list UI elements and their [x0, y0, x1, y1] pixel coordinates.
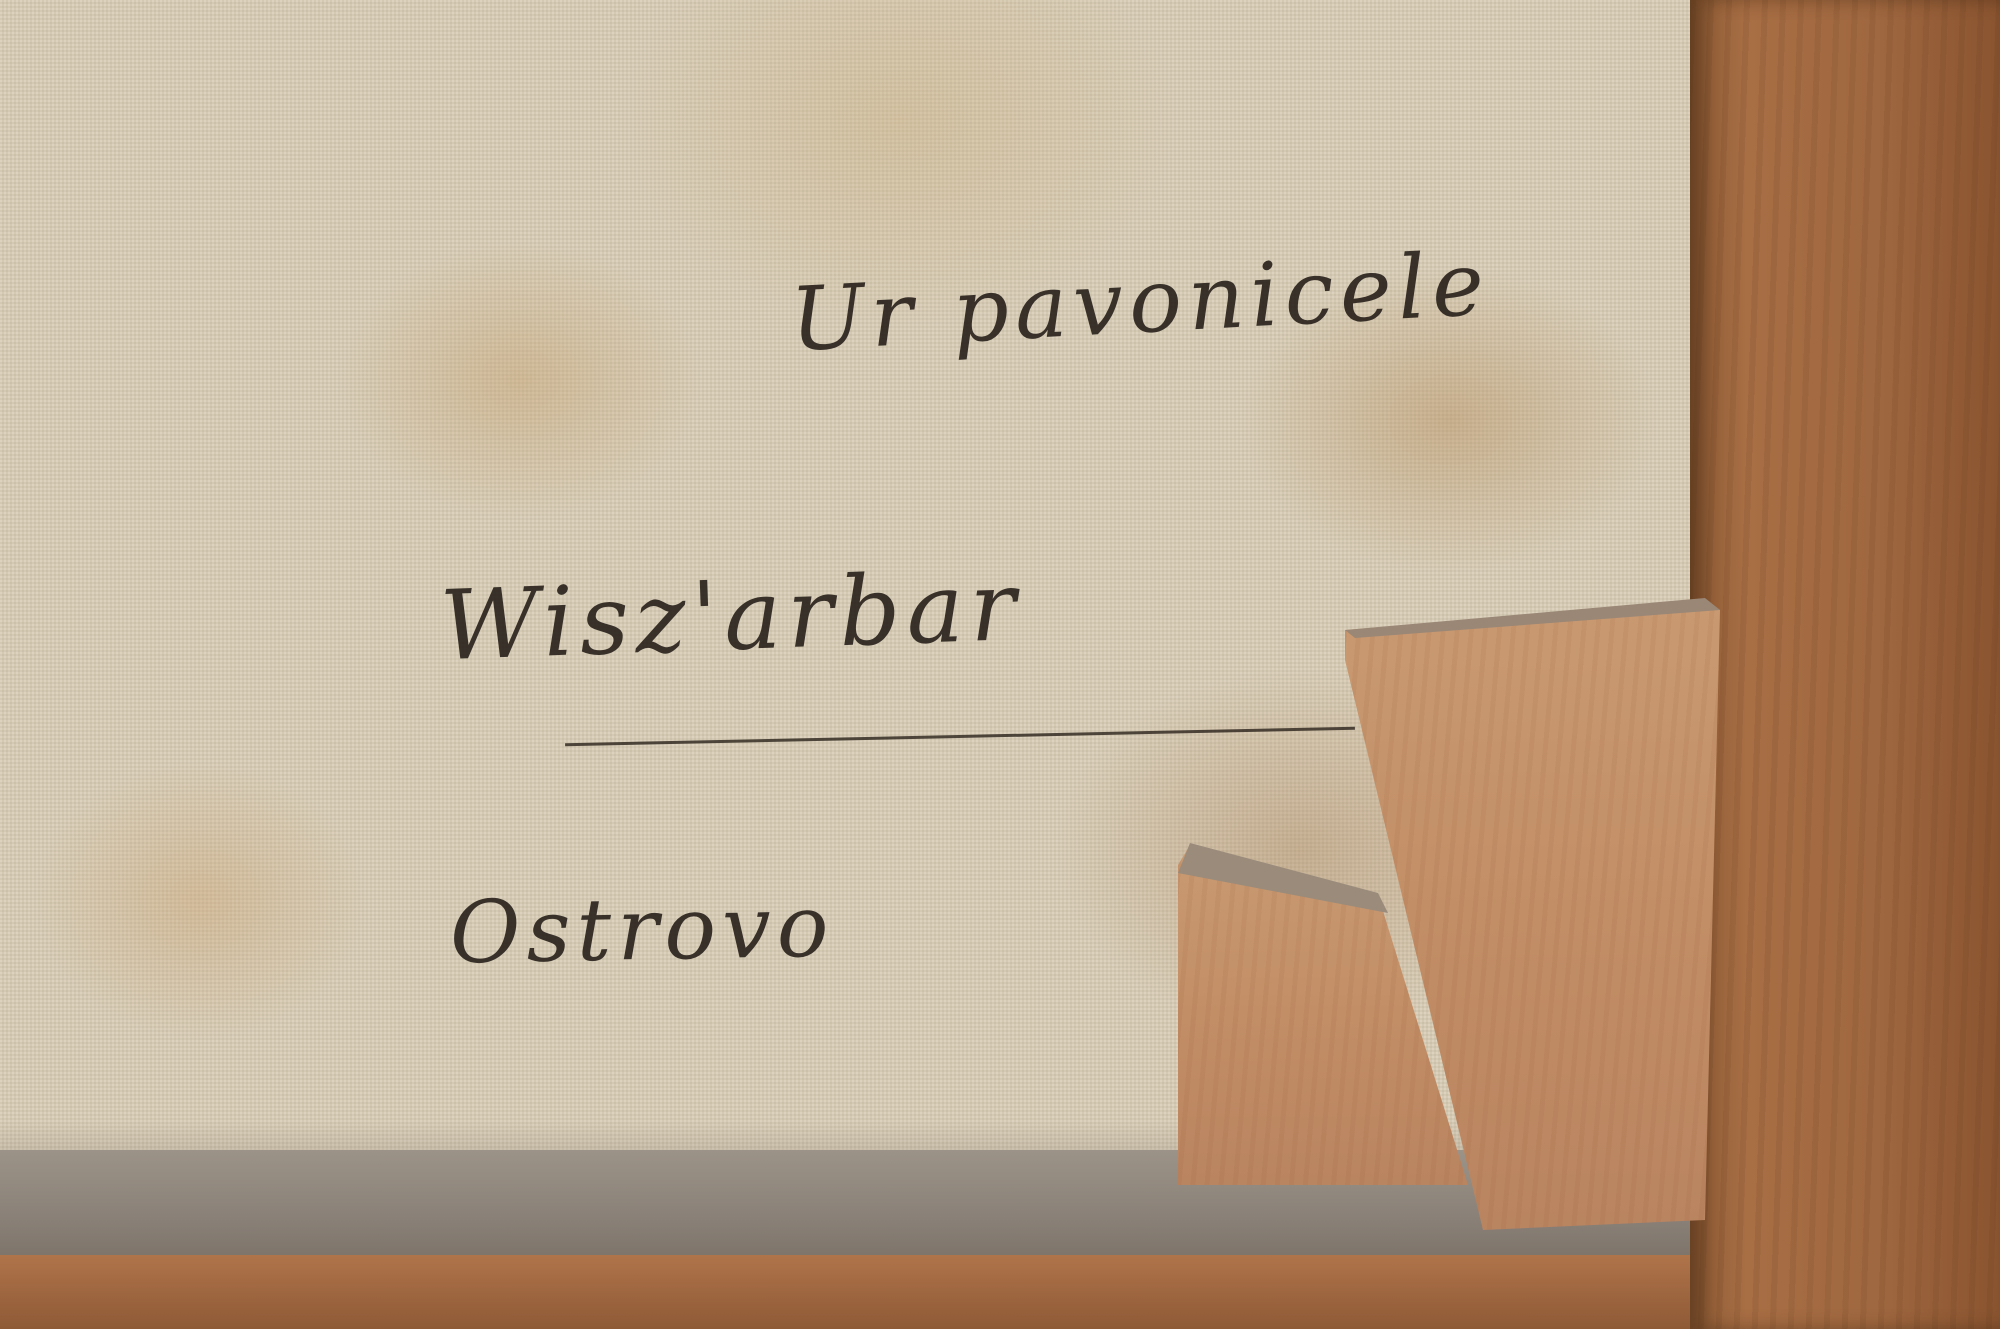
frame-bottom-bar — [0, 1255, 1790, 1329]
inscription-underline — [565, 727, 1355, 747]
inscription-line-3: Ostrovo — [449, 877, 835, 984]
frame-right-bar — [1690, 0, 2000, 1329]
photo-scene: Ur pavonicele Wisz'arbar Ostrovo — [0, 0, 2000, 1329]
inscription-line-1: Ur pavonicele — [788, 232, 1493, 371]
inscription-line-2: Wisz'arbar — [438, 550, 1023, 682]
